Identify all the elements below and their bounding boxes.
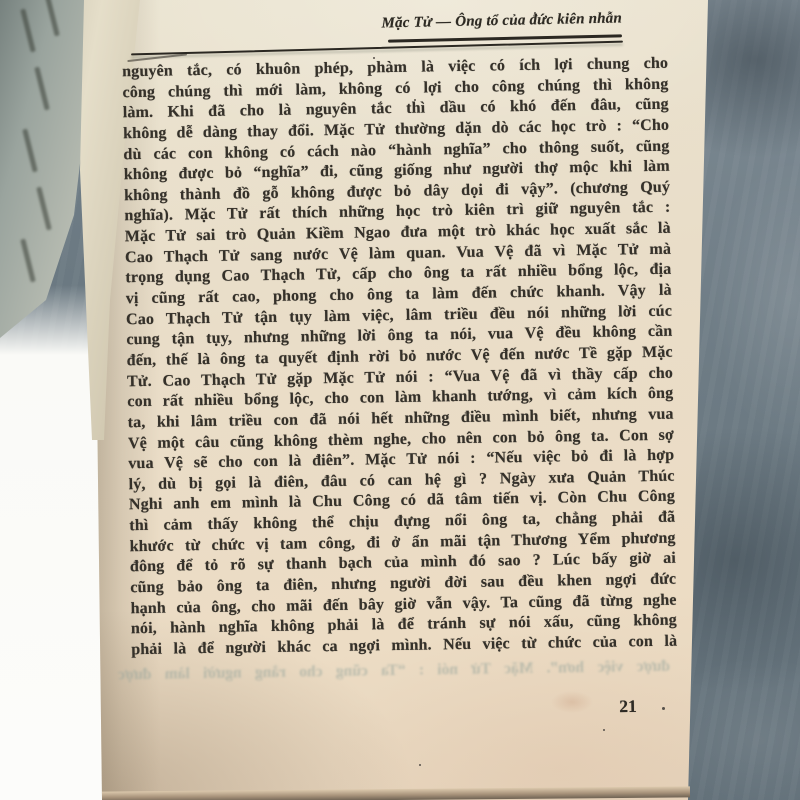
- header-rule-long: [131, 41, 623, 56]
- ink-speck: [419, 764, 421, 766]
- running-header: Mặc Tử — Ông tổ của đức kiên nhẫn: [280, 10, 622, 34]
- ink-speck: [603, 729, 605, 731]
- body-text: nguyên tắc, có khuôn phép, phàm là việc …: [122, 54, 677, 661]
- bleed-through-text: được việc hơn”. Mặc Tử nói : “Ta cũng ch…: [118, 656, 670, 687]
- ink-speck: [662, 707, 665, 710]
- page-number: 21: [596, 695, 660, 717]
- ink-speck: [414, 99, 416, 101]
- ink-speck: [534, 12, 536, 14]
- photo-of-book-page: Mặc Tử — Ông tổ của đức kiên nhẫn nguyên…: [0, 0, 800, 800]
- printed-content: Mặc Tử — Ông tổ của đức kiên nhẫn nguyên…: [0, 0, 800, 800]
- ink-speck: [373, 57, 375, 59]
